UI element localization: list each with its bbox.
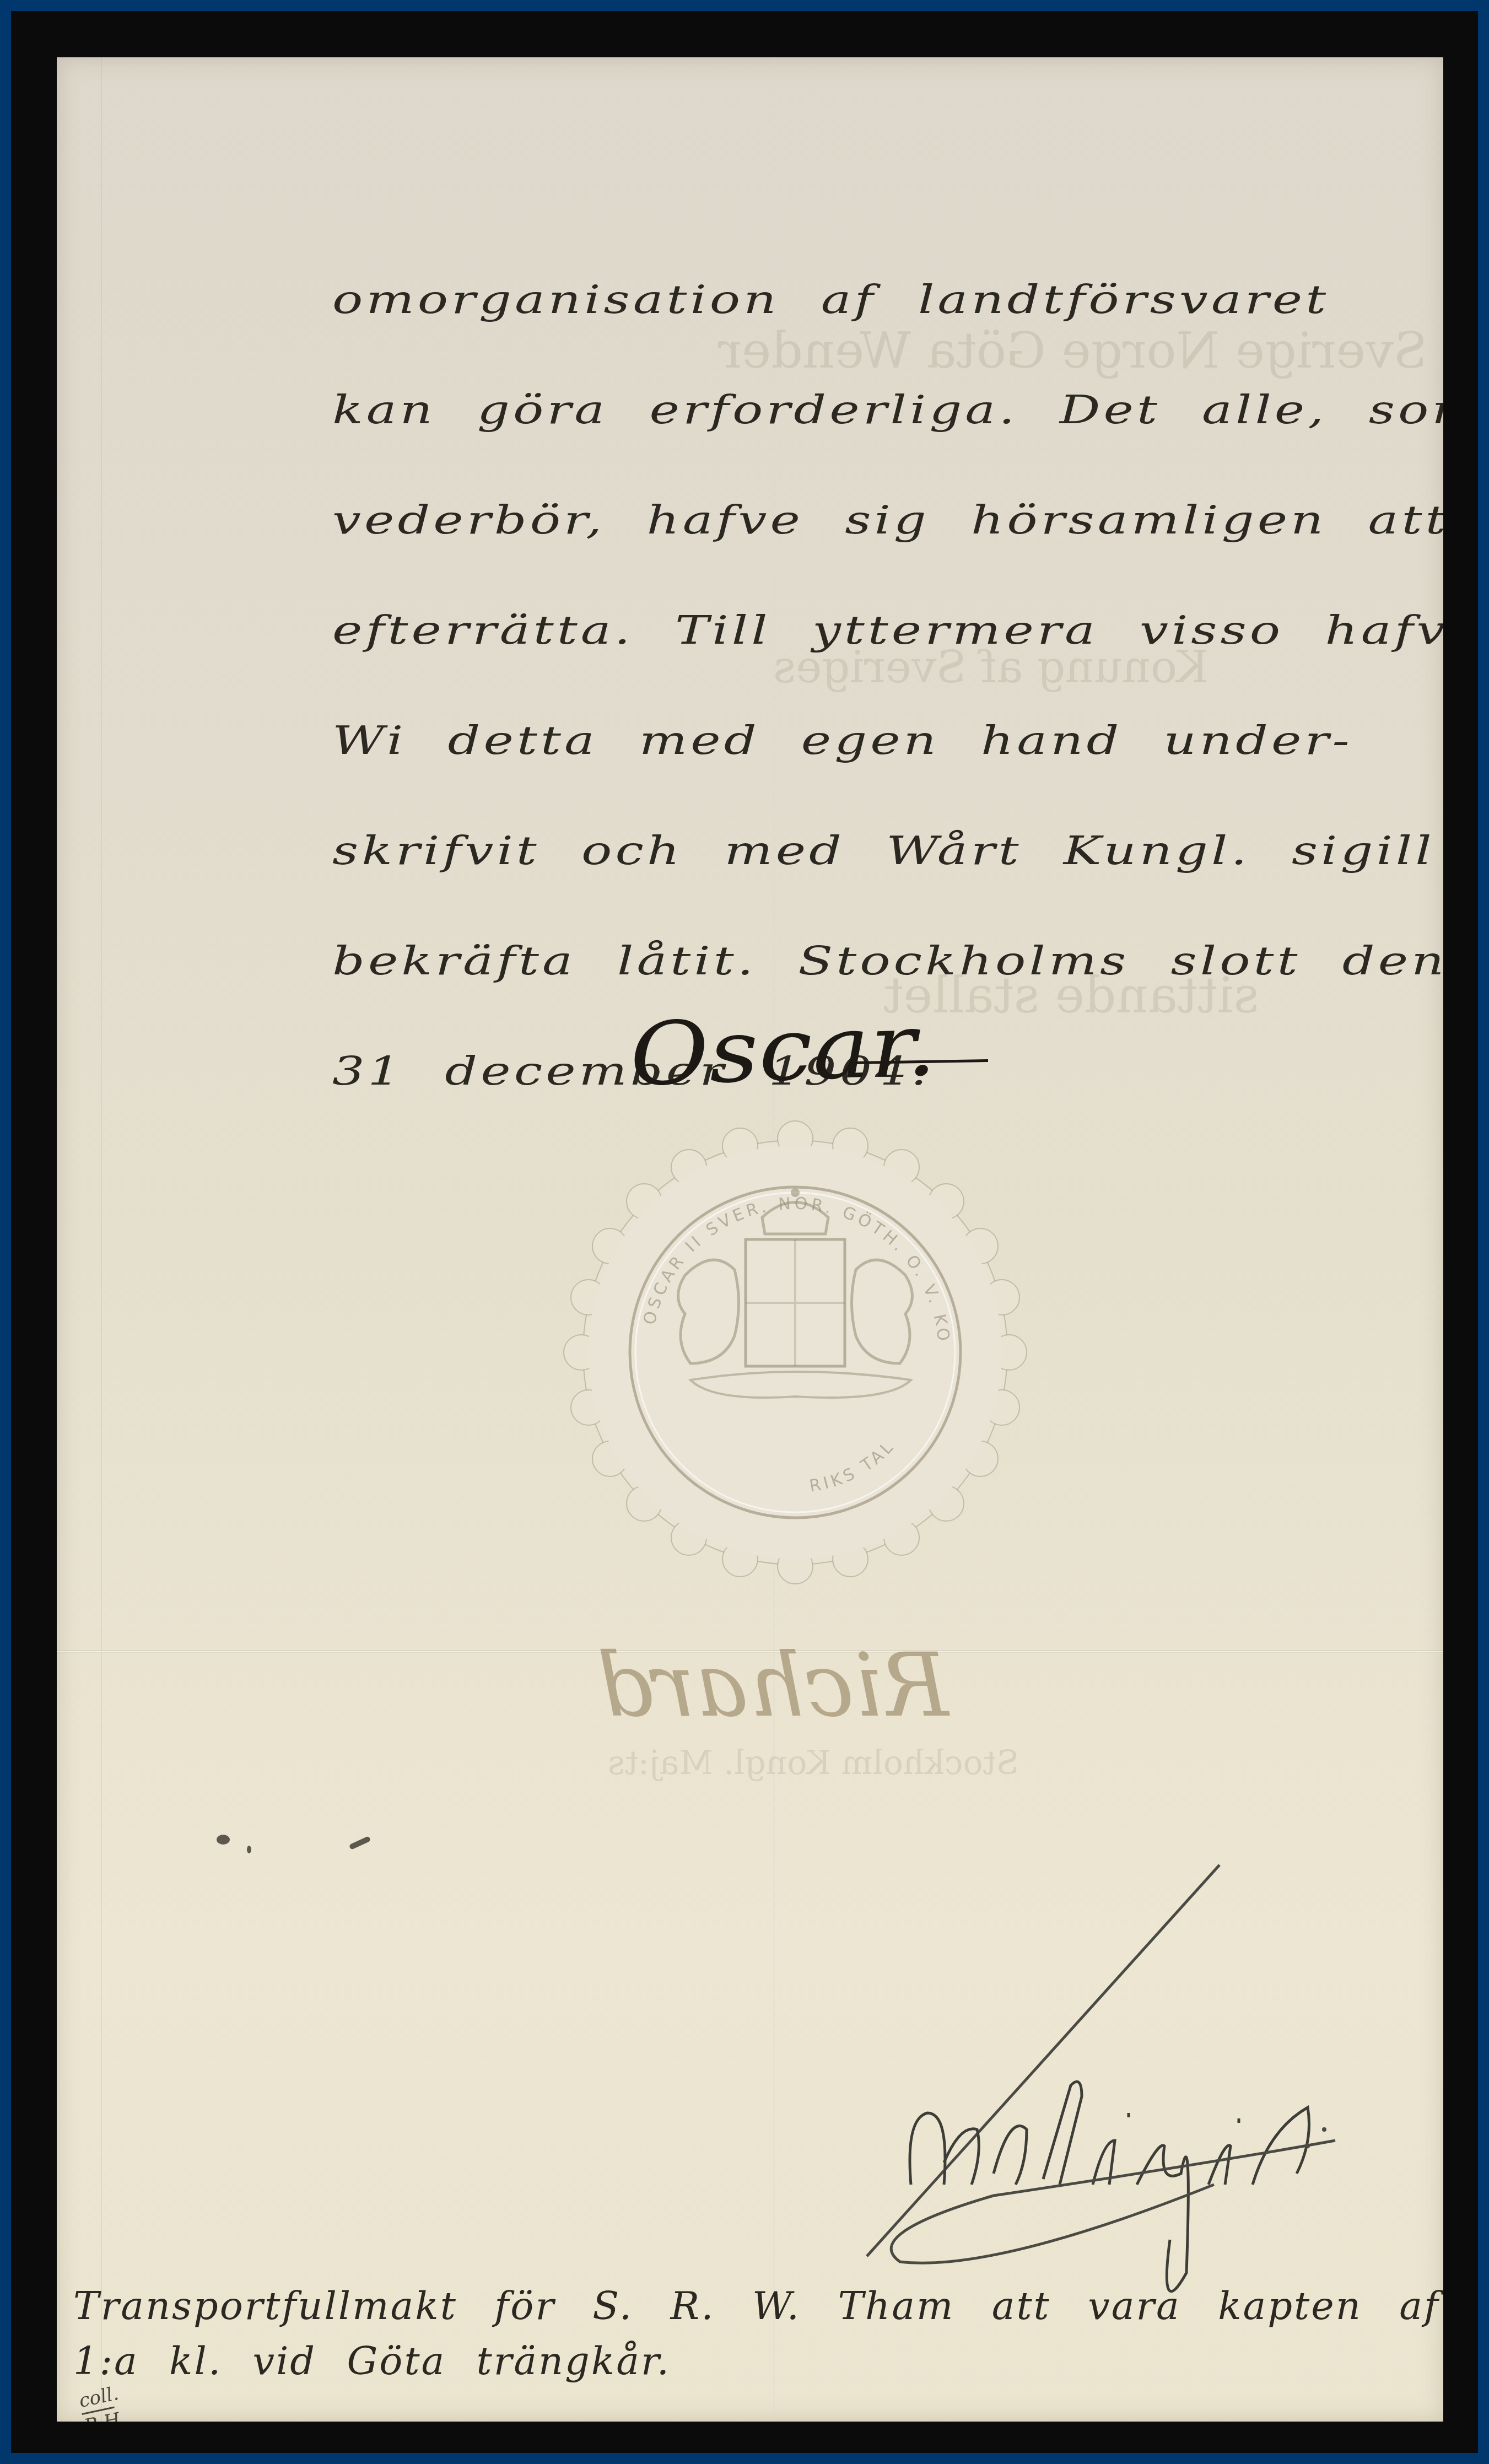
footer-note: Transportfullmakt för S. R. W. Tham att … xyxy=(73,2278,1440,2388)
body-line-5: Wi detta med egen hand under- xyxy=(332,698,1443,784)
footer-word: R. xyxy=(671,2278,715,2333)
body-line-3: vederbör, hafve sig hörsamligen att xyxy=(332,477,1443,563)
document-paper: Sverige Norge Göta Wender Konung af Sver… xyxy=(57,57,1443,2422)
footer-word: Tham xyxy=(838,2278,954,2333)
footer-word: att xyxy=(992,2278,1051,2333)
scan-frame: Sverige Norge Göta Wender Konung af Sver… xyxy=(11,11,1478,2453)
body-line-6: skrifvit och med Wårt Kungl. sigill xyxy=(332,808,1443,894)
footer-line-1: Transportfullmakt för S. R. W. Tham att … xyxy=(73,2278,1440,2333)
body-line-4: efterrätta. Till yttermera visso hafve xyxy=(332,587,1443,673)
body-line-1: omorganisation af landtförsvaret xyxy=(332,257,1443,343)
body-text: omorganisation af landtförsvaret kan gör… xyxy=(332,245,1443,1126)
body-line-2: kan göra erforderliga. Det alle, som xyxy=(332,367,1443,453)
body-line-7: bekräfta låtit. Stockholms slott den xyxy=(332,918,1443,1004)
ink-spot xyxy=(247,1846,251,1853)
countersignature xyxy=(828,1854,1407,2295)
ink-spot xyxy=(217,1835,230,1845)
footer-word: af xyxy=(1399,2278,1440,2333)
footer-line-2: 1:a kl. vid Göta trängkår. xyxy=(73,2333,1440,2388)
footer-word: vara xyxy=(1088,2278,1180,2333)
ghost-text-below-fold: Stockholm Kongl. Maj:ts xyxy=(608,1744,1019,1782)
footer-word: kapten xyxy=(1218,2278,1362,2333)
footer-word: W. xyxy=(752,2278,801,2333)
footer-word: för xyxy=(494,2278,555,2333)
royal-signature: Oscar. xyxy=(628,995,938,1106)
footer-word: S. xyxy=(592,2278,633,2333)
royal-seal-icon: OSCAR II SVER. NOR. GÖTH. O. V. KONUNG R… xyxy=(547,1104,1043,1600)
left-fold-line xyxy=(101,57,102,2422)
footer-word: Transportfullmakt xyxy=(73,2278,457,2333)
horizontal-fold-line xyxy=(57,1650,1443,1653)
ink-spot xyxy=(349,1836,371,1850)
